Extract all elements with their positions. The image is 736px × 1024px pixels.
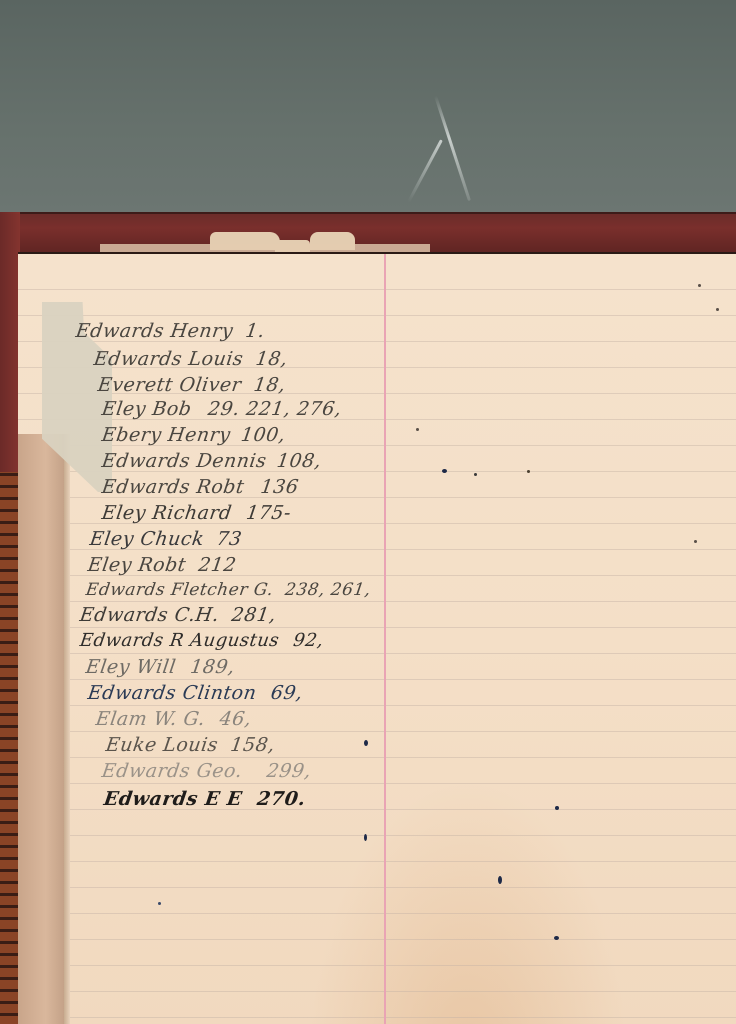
entry-row: Everett Oliver 18, — [96, 374, 287, 396]
entry-row: Edwards Henry 1. — [74, 320, 266, 342]
entry-row: Eley Will 189, — [84, 656, 236, 678]
ink-spot — [698, 284, 701, 287]
ink-spot — [158, 902, 161, 905]
entry-row: Edwards Louis 18, — [92, 348, 289, 370]
entry-pages: 281, — [230, 604, 277, 626]
entry-name: Edwards Fletcher G. — [85, 580, 275, 600]
entry-row: Edwards Dennis 108, — [100, 450, 322, 472]
ink-spot — [416, 428, 419, 431]
ink-spot — [716, 308, 719, 311]
ink-spot — [694, 540, 697, 543]
entry-pages: 238, 261, — [284, 580, 372, 600]
index-entries: Edwards Henry 1. Edwards Louis 18, Evere… — [18, 254, 736, 1024]
dark-background — [0, 0, 736, 215]
entry-row: Edwards C.H. 281, — [78, 604, 277, 626]
entry-name: Eley Will — [84, 656, 177, 678]
entry-name: Edwards E E — [102, 788, 243, 810]
entry-pages: 69, — [269, 682, 304, 704]
entry-name: Eley Richard — [100, 502, 233, 524]
entry-name: Edwards Dennis — [100, 450, 268, 472]
entry-pages: 299, — [265, 760, 312, 782]
entry-row: Ebery Henry 100, — [100, 424, 286, 446]
entry-row: Edwards E E 270. — [102, 788, 307, 810]
ink-spot — [364, 834, 367, 841]
entry-row: Edwards R Augustus 92, — [79, 630, 325, 651]
entry-name: Euke Louis — [104, 734, 219, 756]
entry-name: Elam W. G. — [94, 708, 206, 730]
entry-pages: 46, — [218, 708, 253, 730]
entry-pages: 270. — [256, 788, 307, 810]
entry-row: Eley Bob 29. 221, 276, — [100, 398, 343, 420]
entry-pages: 18, — [252, 374, 287, 396]
entry-pages: 189, — [189, 656, 236, 678]
ink-spot — [364, 740, 368, 746]
entry-row: Edwards Geo. 299, — [100, 760, 312, 782]
book-cover-left-edge — [0, 212, 20, 472]
entry-row: Edwards Clinton 69, — [86, 682, 304, 704]
ink-spot — [554, 936, 559, 940]
entry-row: Edwards Fletcher G. 238, 261, — [85, 580, 373, 600]
entry-row: Eley Chuck 73 — [88, 528, 243, 550]
ink-spot — [527, 470, 530, 473]
entry-name: Eley Bob — [100, 398, 193, 420]
entry-name: Edwards Robt — [100, 476, 245, 498]
entry-name: Eley Robt — [86, 554, 187, 576]
entry-pages: 212 — [197, 554, 238, 576]
entry-pages: 29. 221, 276, — [207, 398, 343, 420]
entry-name: Edwards Henry — [74, 320, 234, 342]
entry-name: Ebery Henry — [100, 424, 232, 446]
ink-spot — [555, 806, 559, 810]
entry-row: Euke Louis 158, — [104, 734, 276, 756]
entry-pages: 92, — [292, 630, 325, 651]
entry-name: Edwards R Augustus — [79, 630, 281, 651]
entry-name: Eley Chuck — [88, 528, 205, 550]
ledger-page: Edwards Henry 1. Edwards Louis 18, Evere… — [18, 252, 736, 1024]
torn-paper-fragment — [100, 244, 430, 252]
ink-spot — [474, 473, 477, 476]
entry-name: Edwards Geo. — [100, 760, 243, 782]
entry-pages: 108, — [275, 450, 322, 472]
entry-row: Elam W. G. 46, — [94, 708, 253, 730]
entry-pages: 175- — [245, 502, 293, 524]
entry-name: Edwards Louis — [92, 348, 244, 370]
entry-row: Edwards Robt 136 — [100, 476, 300, 498]
entry-pages: 18, — [254, 348, 289, 370]
entry-pages: 136 — [259, 476, 300, 498]
entry-name: Everett Oliver — [96, 374, 242, 396]
entry-pages: 73 — [215, 528, 243, 550]
entry-row: Eley Robt 212 — [86, 554, 237, 576]
entry-row: Eley Richard 175- — [100, 502, 292, 524]
ink-spot — [498, 876, 502, 884]
entry-name: Edwards C.H. — [78, 604, 220, 626]
entry-name: Edwards Clinton — [86, 682, 257, 704]
entry-pages: 100, — [240, 424, 287, 446]
ink-spot — [442, 469, 447, 473]
entry-pages: 158, — [229, 734, 276, 756]
entry-pages: 1. — [244, 320, 266, 342]
